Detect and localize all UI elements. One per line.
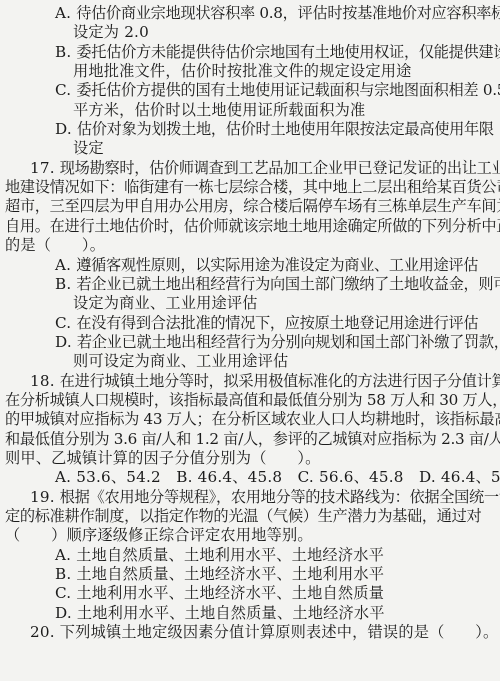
q17-option-a: A. 遵循客观性原则，以实际用途为准设定为商业、工业用途评估 bbox=[55, 255, 478, 275]
option-label: D. bbox=[55, 604, 72, 622]
option-label: C. bbox=[55, 584, 71, 602]
option-text: 土地利用水平、土地自然质量、土地经济水平 bbox=[77, 604, 385, 622]
question-number: 17. bbox=[30, 159, 55, 177]
q17-stem-line-2: 地建设情况如下：临街建有一栋七层综合楼，其中地上二层出租给某百货公司做 bbox=[5, 177, 500, 197]
q18-stem-line-3: 的甲城镇对应指标为 43 万人；在分析区域农业人口人均耕地时，该指标最高值 bbox=[5, 409, 500, 429]
q16-option-b: B. 委托估价方未能提供待估价宗地国有土地使用权证，仅能提供建设 bbox=[55, 42, 500, 62]
option-label: A. bbox=[55, 4, 71, 22]
q20-stem: 20. 下列城镇土地定级因素分值计算原则表述中，错误的是（ ）。 bbox=[30, 622, 498, 642]
q18-stem-line-4: 和最低值分别为 3.6 亩/人和 1.2 亩/人，参评的乙城镇对应指标为 2.3… bbox=[5, 429, 500, 449]
option-label: C. bbox=[55, 314, 71, 332]
q17-stem-line-4: 自用。在进行土地估价时，估价师就该宗地土地用途确定所做的下列分析中正确 bbox=[5, 216, 500, 236]
option-label: D. bbox=[55, 120, 72, 138]
q18-options: A. 53.6、54.2 B. 46.4、45.8 C. 56.6、45.8 D… bbox=[55, 467, 500, 487]
option-text: 在没有得到合法批准的情况下，应按原土地登记用途进行评估 bbox=[76, 314, 478, 332]
q19-stem-line-3: （ ）顺序逐级修正综合评定农用地等别。 bbox=[5, 525, 313, 545]
option-text: 土地自然质量、土地利用水平、土地经济水平 bbox=[76, 546, 384, 564]
option-text: 若企业已就土地出租经营行为向国土部门缴纳了土地收益金，则可 bbox=[76, 275, 500, 293]
q16-option-b-cont: 用地批准文件，估价时按批准文件的规定设定用途 bbox=[73, 61, 412, 81]
q19-option-d: D. 土地利用水平、土地自然质量、土地经济水平 bbox=[55, 603, 385, 623]
q18-stem-line-2: 在分析城镇人口规模时，该指标最高值和最低值分别为 58 万人和 30 万人，参评 bbox=[5, 390, 500, 410]
q19-option-a: A. 土地自然质量、土地利用水平、土地经济水平 bbox=[55, 545, 384, 565]
q19-option-b: B. 土地自然质量、土地经济水平、土地利用水平 bbox=[55, 564, 384, 584]
q17-option-c: C. 在没有得到合法批准的情况下，应按原土地登记用途进行评估 bbox=[55, 313, 478, 333]
option-text: 待估价商业宗地现状容积率 0.8，评估时按基准地价对应容积率标准 bbox=[76, 4, 500, 22]
option-label: C. bbox=[55, 81, 71, 99]
q16-option-d: D. 估价对象为划拨土地，估价时土地使用年限按法定最高使用年限 bbox=[55, 119, 494, 139]
q17-stem-line-1: 17. 现场勘察时，估价师调查到工艺品加工企业甲已登记发证的出让工业用 bbox=[30, 158, 500, 178]
q19-stem-line-1: 19. 根据《农用地分等规程》，农用地分等的技术路线为：依据全国统一制 bbox=[30, 487, 500, 507]
option-text: 土地利用水平、土地经济水平、土地自然质量 bbox=[76, 584, 384, 602]
q18-stem-line-5: 则甲、乙城镇计算的因子分值分别为（ ）。 bbox=[5, 448, 321, 468]
q17-stem-line-3: 超市，三至四层为甲自用办公用房，综合楼后隔停车场有三栋单层生产车间为甲 bbox=[5, 196, 500, 216]
option-label: B. bbox=[55, 565, 71, 583]
q17-option-d: D. 若企业已就土地出租经营行为分别向规划和国土部门补缴了罚款， bbox=[55, 332, 500, 352]
q16-option-a-cont: 设定为 2.0 bbox=[73, 22, 149, 42]
option-text: 土地自然质量、土地经济水平、土地利用水平 bbox=[76, 565, 384, 583]
q16-option-d-cont: 设定 bbox=[73, 138, 104, 158]
q16-option-a: A. 待估价商业宗地现状容积率 0.8，评估时按基准地价对应容积率标准 bbox=[55, 3, 500, 23]
q17-option-b: B. 若企业已就土地出租经营行为向国土部门缴纳了土地收益金，则可 bbox=[55, 274, 500, 294]
question-number: 20. bbox=[30, 623, 55, 641]
option-label: D. bbox=[55, 333, 72, 351]
q17-stem-line-5: 的是（ ）。 bbox=[5, 235, 105, 255]
option-text: 委托估价方提供的国有土地使用证记载面积与宗地图面积相差 0.5 bbox=[76, 81, 500, 99]
option-label: B. bbox=[55, 275, 71, 293]
q18-stem-line-1: 18. 在进行城镇土地分等时，拟采用极值标准化的方法进行因子分值计算。 bbox=[30, 371, 500, 391]
q17-option-d-cont: 则可设定为商业、工业用途评估 bbox=[73, 351, 288, 371]
exam-page: A. 待估价商业宗地现状容积率 0.8，评估时按基准地价对应容积率标准 设定为 … bbox=[0, 0, 500, 681]
q17-option-b-cont: 设定为商业、工业用途评估 bbox=[73, 293, 258, 313]
question-number: 18. bbox=[30, 372, 55, 390]
q16-option-c: C. 委托估价方提供的国有土地使用证记载面积与宗地图面积相差 0.5 bbox=[55, 80, 500, 100]
question-number: 19. bbox=[30, 488, 55, 506]
option-text: 若企业已就土地出租经营行为分别向规划和国土部门补缴了罚款， bbox=[77, 333, 500, 351]
option-text: 遵循客观性原则，以实际用途为准设定为商业、工业用途评估 bbox=[76, 256, 478, 274]
option-label: A. bbox=[55, 546, 71, 564]
q19-option-c: C. 土地利用水平、土地经济水平、土地自然质量 bbox=[55, 583, 384, 603]
q16-option-c-cont: 平方米，估价时以土地使用证所载面积为准 bbox=[73, 100, 365, 120]
option-text: 委托估价方未能提供待估价宗地国有土地使用权证，仅能提供建设 bbox=[76, 43, 500, 61]
q19-stem-line-2: 定的标准耕作制度，以指定作物的光温（气候）生产潜力为基础，通过对 bbox=[5, 506, 481, 526]
option-label: A. bbox=[55, 256, 71, 274]
option-text: 估价对象为划拨土地，估价时土地使用年限按法定最高使用年限 bbox=[77, 120, 494, 138]
option-label: B. bbox=[55, 43, 71, 61]
